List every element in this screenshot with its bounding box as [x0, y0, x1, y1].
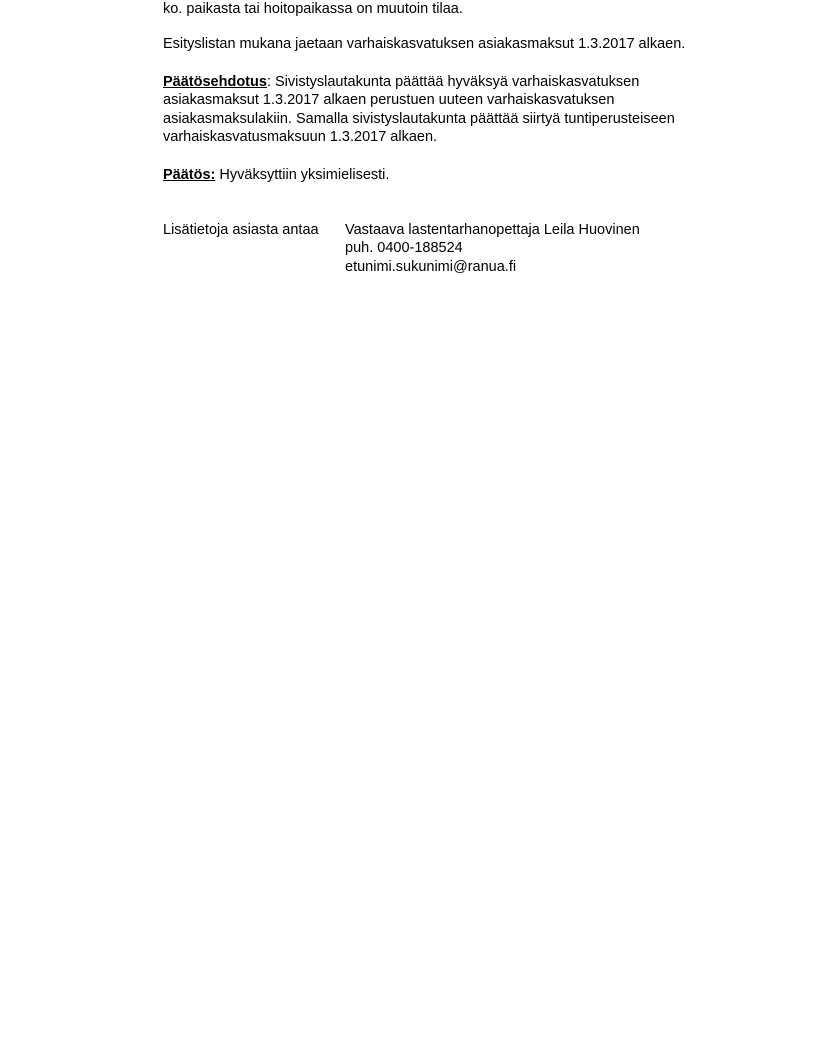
proposal-line-3: asiakasmaksulakiin. Samalla sivistyslaut…	[163, 110, 675, 128]
proposal-line-1: Päätösehdotus: Sivistyslautakunta päättä…	[163, 73, 675, 91]
contact-phone: puh. 0400-188524	[345, 239, 640, 257]
contact-label: Lisätietoja asiasta antaa	[163, 221, 319, 239]
paragraph-continuation: ko. paikasta tai hoitopaikassa on muutoi…	[163, 0, 463, 18]
proposal-label: Päätösehdotus	[163, 74, 267, 90]
contact-name: Vastaava lastentarhanopettaja Leila Huov…	[345, 221, 640, 239]
proposal-line-2: asiakasmaksut 1.3.2017 alkaen perustuen …	[163, 91, 675, 109]
decision-section: Päätös: Hyväksyttiin yksimielisesti.	[163, 166, 389, 184]
proposal-text: Sivistyslautakunta päättää hyväksyä varh…	[271, 74, 639, 90]
proposal-line-4: varhaiskasvatusmaksuun 1.3.2017 alkaen.	[163, 128, 675, 146]
contact-email: etunimi.sukunimi@ranua.fi	[345, 258, 640, 276]
proposal-section: Päätösehdotus: Sivistyslautakunta päättä…	[163, 73, 675, 147]
decision-text: Hyväksyttiin yksimielisesti.	[215, 167, 389, 183]
decision-label: Päätös:	[163, 167, 215, 183]
paragraph-attachment-note: Esityslistan mukana jaetaan varhaiskasva…	[163, 35, 685, 53]
contact-details: Vastaava lastentarhanopettaja Leila Huov…	[345, 221, 640, 276]
